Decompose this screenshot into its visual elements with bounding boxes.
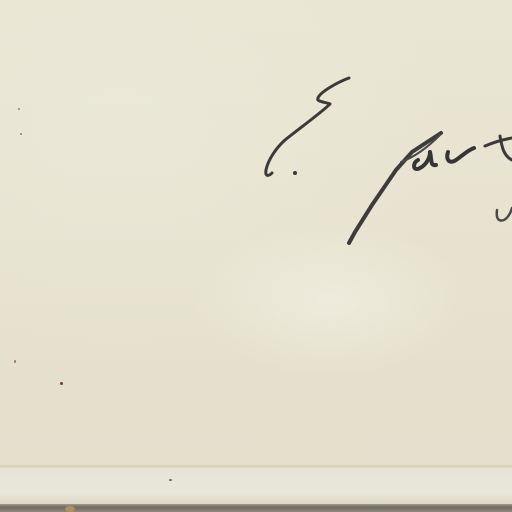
- second-line-fragment: [497, 208, 512, 221]
- letter-t-crossbar: [485, 138, 512, 146]
- letter-i: [447, 148, 474, 162]
- letter-p-descender: [349, 133, 441, 243]
- period-dot: [293, 171, 297, 175]
- letter-e-stroke: [266, 78, 349, 175]
- handwriting-signature: E. pait: [0, 0, 512, 512]
